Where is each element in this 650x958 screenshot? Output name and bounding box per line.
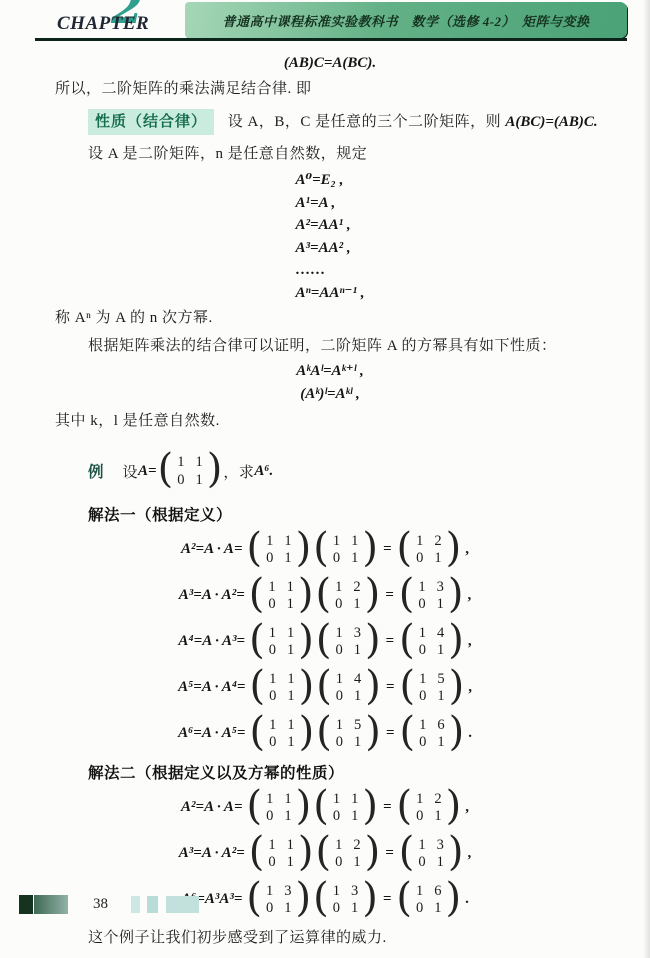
matrix-cell: 1: [353, 597, 360, 612]
left-paren-icon: (: [397, 788, 413, 824]
matrix-cell: 2: [434, 792, 441, 807]
matrix-cell: 0: [336, 689, 343, 704]
matrix-equation: A⁶=A · A⁵= ( 1 1 0 1 ) ( 1 5: [0, 712, 650, 755]
matrix-result: ( 1 5 0 1 ): [399, 670, 464, 706]
equation-lhs: A²=A · A=: [181, 799, 242, 816]
matrix-cell: 0: [335, 597, 342, 612]
matrix-cell: 1: [419, 718, 426, 733]
matrix-cells: 1 1 0 1: [265, 718, 299, 750]
matrix: ( 1 1 0 1 ): [249, 670, 314, 706]
matrix-cell: 0: [419, 643, 426, 658]
paragraph-she: 设 A 是二阶矩阵，n 是任意自然数，规定: [88, 144, 650, 165]
left-paren-icon: (: [315, 576, 331, 612]
equals-sign: =: [383, 541, 392, 558]
matrix-cell: 1: [418, 838, 425, 853]
right-paren-icon: ): [207, 451, 223, 487]
matrix-cell: 1: [434, 551, 441, 566]
matrix-cells: 1 1 0 1: [329, 534, 363, 566]
matrix-cells: 1 1 0 1: [264, 580, 298, 612]
matrix-cell: 1: [287, 626, 294, 641]
matrix-cell: 1: [354, 735, 361, 750]
power-definition-line: A²=AA¹ ,: [296, 214, 365, 237]
equation-lhs: A⁴=A · A³=: [178, 633, 245, 650]
paragraph-suoyi: 所以，二阶矩阵的乘法满足结合律. 即: [55, 79, 650, 100]
matrix-cells: 1 1 0 1: [262, 792, 296, 824]
matrix-cell: 1: [335, 626, 342, 641]
matrix: ( 1 4 0 1 ): [316, 670, 381, 706]
equation-tail: .: [468, 725, 472, 742]
matrix: ( 1 1 0 1 ): [313, 532, 378, 568]
matrix-cell: 2: [353, 580, 360, 595]
matrix-cell: 1: [266, 792, 273, 807]
right-paren-icon: ): [298, 622, 314, 658]
matrix-cells: 1 1 0 1: [265, 626, 299, 658]
matrix-cell: 1: [284, 534, 291, 549]
left-paren-icon: (: [249, 834, 265, 870]
matrix-result: ( 1 2 0 1 ): [397, 790, 462, 826]
equals-sign: =: [383, 799, 392, 816]
left-paren-icon: (: [313, 788, 329, 824]
footer-block-light-1: [131, 896, 140, 913]
equation-lhs: A⁶=A · A⁵=: [178, 725, 245, 742]
matrix-equation: A³=A · A²= ( 1 1 0 1 ) ( 1 2: [0, 832, 650, 875]
right-paren-icon: ): [365, 622, 381, 658]
matrix-cell: 1: [416, 792, 423, 807]
matrix: ( 1 1 0 1 ): [249, 624, 314, 660]
matrix-cell: 1: [268, 580, 275, 595]
matrix-cell: 1: [287, 689, 294, 704]
left-paren-icon: (: [399, 834, 415, 870]
matrix-cells: 1 1 0 1: [329, 792, 363, 824]
matrix-cell: 1: [354, 643, 361, 658]
matrix: ( 1 1 0 1 ): [313, 790, 378, 826]
power-definition-line: A⁰=E₂ ,: [296, 169, 365, 192]
power-property-line: AᵏAˡ=Aᵏ⁺ˡ ,: [45, 360, 615, 383]
equation-tail: ,: [465, 541, 469, 558]
matrix-cell: 1: [437, 597, 444, 612]
right-paren-icon: ): [446, 530, 462, 566]
matrix-equation: A³=A · A²= ( 1 1 0 1 ) ( 1 2: [0, 574, 650, 617]
matrix-cell: 1: [269, 718, 276, 733]
matrix-cell: 0: [336, 735, 343, 750]
right-paren-icon: ): [298, 576, 314, 612]
matrix: ( 1 1 0 1 ): [247, 532, 312, 568]
paragraph-qizhong: 其中 k，l 是任意自然数.: [55, 411, 650, 432]
right-paren-icon: ): [299, 668, 315, 704]
matrix-result: ( 1 4 0 1 ): [399, 624, 464, 660]
matrix: ( 1 2 0 1 ): [315, 578, 380, 614]
left-paren-icon: (: [247, 788, 263, 824]
matrix-cell: 2: [434, 534, 441, 549]
matrix: ( 1 2 0 1 ): [315, 836, 380, 872]
method2-title: 解法二（根据定义以及方幂的性质）: [88, 761, 650, 783]
matrix-cell: 0: [269, 735, 276, 750]
footer-block-dark-green: [19, 895, 33, 914]
book-title-band: 普通高中课程标准实验教科书 数学（选修 4-2） 矩阵与变换: [185, 2, 627, 38]
matrix-cell: 3: [437, 580, 444, 595]
matrix-cell: 3: [437, 838, 444, 853]
matrix-cell: 0: [335, 855, 342, 870]
matrix-cell: 1: [335, 838, 342, 853]
matrix-result: ( 1 3 0 1 ): [399, 836, 464, 872]
property-equation: A(BC)=(AB)C.: [505, 114, 597, 130]
matrix-cell: 1: [287, 597, 294, 612]
footer-block-light-2: [147, 896, 158, 913]
matrix-cells: 1 2 0 1: [331, 838, 365, 870]
matrix-cell: 1: [268, 838, 275, 853]
matrix-cells: 1 2 0 1: [412, 792, 446, 824]
matrix-cell: 1: [269, 626, 276, 641]
matrix-cell: 0: [418, 855, 425, 870]
matrix-cell: 1: [266, 534, 273, 549]
matrix-cell: 1: [195, 473, 202, 488]
matrix-cell: 0: [416, 551, 423, 566]
left-paren-icon: (: [397, 530, 413, 566]
matrix-cells: 1 4 0 1: [332, 672, 366, 704]
matrix-cells: 1 1 0 1: [262, 534, 296, 566]
matrix-cell: 1: [269, 672, 276, 687]
closing-paragraph: 这个例子让我们初步感受到了运算律的威力.: [88, 928, 650, 949]
left-paren-icon: (: [316, 668, 332, 704]
left-paren-icon: (: [249, 668, 265, 704]
textbook-page: 2 CHAPTER 普通高中课程标准实验教科书 数学（选修 4-2） 矩阵与变换…: [0, 0, 650, 958]
matrix-cell: 0: [419, 735, 426, 750]
matrix-cell: 1: [284, 551, 291, 566]
matrix-equation: A²=A · A= ( 1 1 0 1 ) ( 1 1: [0, 528, 650, 571]
matrix-cell: 6: [437, 718, 444, 733]
right-paren-icon: ): [365, 668, 381, 704]
matrix-cells: 1 5 0 1: [332, 718, 366, 750]
equation-associativity: (AB)C=A(BC).: [45, 55, 615, 72]
matrix-cell: 1: [437, 689, 444, 704]
matrix-cell: 1: [287, 672, 294, 687]
matrix-cell: 0: [418, 597, 425, 612]
left-paren-icon: (: [249, 714, 265, 750]
example-setup-math: A=: [138, 463, 157, 480]
matrix: ( 1 1 0 1 ): [249, 716, 314, 752]
equals-sign: =: [386, 679, 395, 696]
equation-tail: ,: [467, 845, 471, 862]
page-header: 2 CHAPTER 普通高中课程标准实验教科书 数学（选修 4-2） 矩阵与变换: [35, 2, 627, 41]
matrix-cell: 1: [284, 809, 291, 824]
book-title: 普通高中课程标准实验教科书 数学（选修 4-2） 矩阵与变换: [222, 11, 589, 30]
matrix-cell: 1: [351, 551, 358, 566]
left-paren-icon: (: [249, 622, 265, 658]
matrix-cell: 0: [268, 855, 275, 870]
matrix-cell: 1: [287, 838, 294, 853]
left-paren-icon: (: [158, 451, 174, 487]
paragraph-cheng: 称 Aⁿ 为 A 的 n 次方幂.: [55, 308, 650, 329]
matrix-cells: 1 3 0 1: [331, 626, 365, 658]
left-paren-icon: (: [247, 530, 263, 566]
matrix-cell: 1: [287, 855, 294, 870]
matrix-cell: 5: [354, 718, 361, 733]
equation-lhs: A²=A · A=: [181, 541, 242, 558]
matrix-cell: 1: [333, 792, 340, 807]
left-paren-icon: (: [399, 714, 415, 750]
property-text: 设 A，B，C 是任意的三个二阶矩阵，则: [228, 114, 506, 130]
matrix-result: ( 1 3 0 1 ): [399, 578, 464, 614]
matrix-cell: 4: [437, 626, 444, 641]
example-setup: 例 设 A= ( 1 1 0 1 ) ，求 A⁶.: [88, 448, 650, 494]
matrix-cell: 0: [333, 809, 340, 824]
matrix-cell: 0: [266, 551, 273, 566]
matrix-cell: 4: [354, 672, 361, 687]
equals-sign: =: [386, 633, 395, 650]
matrix-equation: A²=A · A= ( 1 1 0 1 ) ( 1 1: [0, 786, 650, 829]
left-paren-icon: (: [316, 714, 332, 750]
matrix-cell: 1: [351, 809, 358, 824]
right-paren-icon: ): [365, 834, 381, 870]
footer-block-teal-gray: [34, 895, 68, 914]
matrix-cell: 1: [351, 534, 358, 549]
matrix-cell: 1: [419, 626, 426, 641]
example-setup-text: ，求: [223, 461, 254, 482]
equals-sign: =: [385, 587, 394, 604]
matrix: ( 1 3 0 1 ): [316, 624, 381, 660]
footer-block-light-3: [166, 896, 199, 913]
equation-tail: ,: [465, 799, 469, 816]
equals-sign: =: [385, 845, 394, 862]
page-number: 38: [93, 896, 108, 913]
equation-lhs: A³=A · A²=: [179, 587, 245, 604]
matrix-cells: 1 1 0 1: [265, 672, 299, 704]
matrix-cell: 0: [419, 689, 426, 704]
right-paren-icon: ): [299, 714, 315, 750]
matrix-equation: A⁵=A · A⁴= ( 1 1 0 1 ) ( 1 4: [0, 666, 650, 709]
matrix-cell: 1: [195, 455, 202, 470]
power-definition-line: Aⁿ=AAⁿ⁻¹ ,: [296, 282, 365, 305]
matrix-cell: 1: [333, 534, 340, 549]
matrix-cell: 0: [177, 473, 184, 488]
matrix-cell: 1: [287, 580, 294, 595]
matrix-cell: 0: [268, 597, 275, 612]
right-paren-icon: ): [449, 668, 465, 704]
matrix-cell: 1: [418, 580, 425, 595]
property-label: 性质（结合律）: [88, 109, 214, 135]
matrix-cells: 1 3 0 1: [414, 838, 448, 870]
power-definition-line: A¹=A ,: [296, 192, 365, 215]
right-paren-icon: ): [362, 530, 378, 566]
matrix-cells: 1 1 0 1: [173, 455, 207, 487]
matrix-cell: 0: [269, 689, 276, 704]
equation-lhs: A³=A · A²=: [179, 845, 245, 862]
left-paren-icon: (: [399, 622, 415, 658]
matrix-cell: 1: [434, 809, 441, 824]
example-setup-text: 设: [123, 461, 139, 482]
matrix-cell: 1: [177, 455, 184, 470]
right-paren-icon: ): [296, 788, 312, 824]
right-paren-icon: ): [448, 834, 464, 870]
matrix-equation: A⁴=A · A³= ( 1 1 0 1 ) ( 1 3: [0, 620, 650, 663]
matrix-cell: 0: [266, 809, 273, 824]
left-paren-icon: (: [316, 622, 332, 658]
power-properties: AᵏAˡ=Aᵏ⁺ˡ , (Aᵏ)ˡ=Aᵏˡ ,: [45, 360, 615, 406]
matrix-cell: 5: [437, 672, 444, 687]
left-paren-icon: (: [399, 668, 415, 704]
matrix: ( 1 1 0 1 ): [249, 836, 314, 872]
example-label: 例: [88, 460, 105, 482]
right-paren-icon: ): [448, 622, 464, 658]
matrix-cell: 1: [287, 643, 294, 658]
matrix-cells: 1 1 0 1: [264, 838, 298, 870]
equals-sign: =: [386, 725, 395, 742]
equation-lhs: A⁵=A · A⁴=: [178, 679, 245, 696]
matrix-cell: 0: [335, 643, 342, 658]
left-paren-icon: (: [249, 576, 265, 612]
matrix-cell: 1: [351, 792, 358, 807]
chapter-logo: 2 CHAPTER: [35, 2, 185, 38]
matrix-cell: 0: [269, 643, 276, 658]
matrix-cell: 1: [287, 735, 294, 750]
right-paren-icon: ): [362, 788, 378, 824]
power-property-line: (Aᵏ)ˡ=Aᵏˡ ,: [45, 383, 615, 406]
left-paren-icon: (: [313, 530, 329, 566]
chapter-label: CHAPTER: [57, 13, 149, 35]
power-definitions: A⁰=E₂ , A¹=A , A²=AA¹ , A³=AA² , …… Aⁿ=A…: [45, 169, 615, 304]
matrix-cell: 1: [437, 643, 444, 658]
matrix-cell: 1: [437, 855, 444, 870]
matrix-cell: 1: [335, 580, 342, 595]
matrix-cell: 1: [416, 534, 423, 549]
matrix-cell: 1: [354, 689, 361, 704]
right-paren-icon: ): [449, 714, 465, 750]
power-definition-line: ……: [296, 259, 365, 282]
example-setup-math: A⁶.: [254, 463, 273, 480]
paragraph-genju: 根据矩阵乘法的结合律可以证明，二阶矩阵 A 的方幂具有如下性质：: [88, 336, 650, 357]
right-paren-icon: ): [296, 530, 312, 566]
equation-tail: ,: [468, 633, 472, 650]
left-paren-icon: (: [399, 576, 415, 612]
matrix: ( 1 1 0 1 ): [249, 578, 314, 614]
matrix-cell: 0: [333, 551, 340, 566]
right-paren-icon: ): [365, 714, 381, 750]
matrix-result: ( 1 6 0 1 ): [399, 716, 464, 752]
method1-title: 解法一（根据定义）: [88, 503, 650, 525]
matrix: ( 1 1 0 1 ): [158, 453, 223, 489]
left-paren-icon: (: [315, 834, 331, 870]
property-row: 性质（结合律） 设 A，B，C 是任意的三个二阶矩阵，则 A(BC)=(AB)C…: [88, 109, 620, 135]
matrix-cell: 1: [437, 735, 444, 750]
matrix-cell: 0: [416, 809, 423, 824]
matrix: ( 1 5 0 1 ): [316, 716, 381, 752]
matrix-cell: 1: [353, 855, 360, 870]
matrix-cell: 2: [353, 838, 360, 853]
page-footer: 38: [0, 893, 650, 915]
matrix: ( 1 1 0 1 ): [247, 790, 312, 826]
power-definition-line: A³=AA² ,: [296, 237, 365, 260]
right-paren-icon: ): [448, 576, 464, 612]
matrix-cell: 1: [287, 718, 294, 733]
matrix-cells: 1 3 0 1: [414, 580, 448, 612]
right-paren-icon: ): [298, 834, 314, 870]
matrix-cell: 1: [284, 792, 291, 807]
matrix-result: ( 1 2 0 1 ): [397, 532, 462, 568]
equation-tail: ,: [468, 679, 472, 696]
matrix-cell: 3: [354, 626, 361, 641]
method1-equations: A²=A · A= ( 1 1 0 1 ) ( 1 1: [0, 528, 650, 755]
matrix-cells: 1 6 0 1: [415, 718, 449, 750]
matrix-cell: 1: [336, 718, 343, 733]
right-paren-icon: ): [365, 576, 381, 612]
right-paren-icon: ): [446, 788, 462, 824]
matrix-cell: 1: [336, 672, 343, 687]
equation-tail: ,: [467, 587, 471, 604]
matrix-cells: 1 2 0 1: [331, 580, 365, 612]
matrix-cell: 1: [419, 672, 426, 687]
matrix-cells: 1 4 0 1: [415, 626, 449, 658]
matrix-cells: 1 2 0 1: [412, 534, 446, 566]
matrix-cells: 1 5 0 1: [415, 672, 449, 704]
